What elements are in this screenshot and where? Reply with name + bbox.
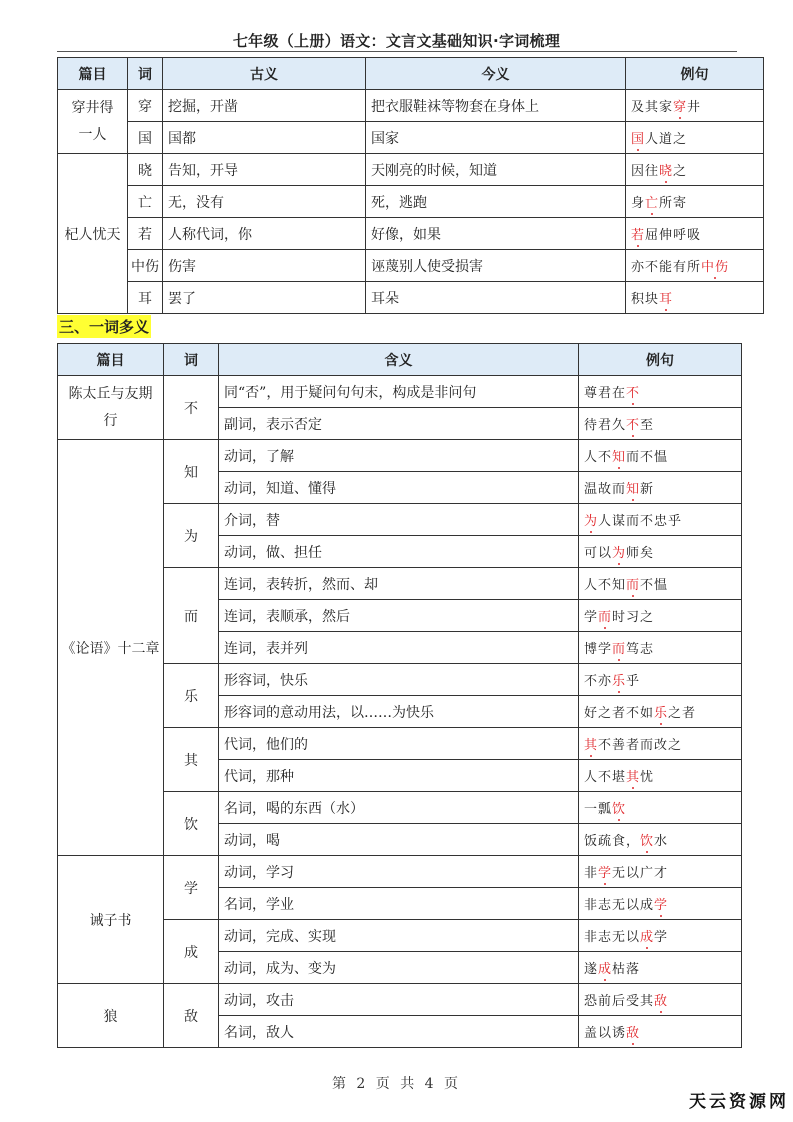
example-highlight: 知 xyxy=(612,450,626,465)
text-title-cell: 穿井得 一人 xyxy=(58,90,128,154)
header-word: 词 xyxy=(128,58,163,90)
meaning-cell: 连词，表转折，然而、却 xyxy=(219,568,579,600)
example-highlight: 亡 xyxy=(645,196,659,211)
ancient-meaning-cell: 人称代词，你 xyxy=(163,218,366,250)
example-highlight: 乐 xyxy=(612,674,626,689)
example-cell: 待君久不至 xyxy=(579,408,742,440)
example-highlight: 不 xyxy=(626,386,640,401)
example-highlight: 晓 xyxy=(659,164,673,179)
example-cell: 人不知而不愠 xyxy=(579,568,742,600)
example-text: 遂 xyxy=(584,962,598,977)
example-text: 笃志 xyxy=(626,642,654,657)
example-highlight: 其 xyxy=(626,770,640,785)
example-cell: 温故而知新 xyxy=(579,472,742,504)
example-text: 学 xyxy=(584,610,598,625)
example-text: 可以 xyxy=(584,546,612,561)
example-highlight: 学 xyxy=(654,898,668,913)
example-cell: 尊君在不 xyxy=(579,376,742,408)
example-text: 忧 xyxy=(640,770,654,785)
meaning-cell: 动词，完成、实现 xyxy=(219,920,579,952)
example-text: 温故而 xyxy=(584,482,626,497)
example-highlight: 为 xyxy=(612,546,626,561)
example-text: 非志无以成 xyxy=(584,898,654,913)
meaning-cell: 名词，学业 xyxy=(219,888,579,920)
word-cell: 其 xyxy=(164,728,219,792)
page-title: 七年级（上册）语文：文言文基础知识·字词梳理 xyxy=(0,30,793,51)
text-title-cell: 诫子书 xyxy=(58,856,164,984)
example-text: 好之者不如 xyxy=(584,706,654,721)
text-title-line: 穿井得 xyxy=(63,95,122,122)
word-cell: 饮 xyxy=(164,792,219,856)
example-cell: 饭疏食，饮水 xyxy=(579,824,742,856)
example-cell: 不亦乐乎 xyxy=(579,664,742,696)
example-highlight: 成 xyxy=(640,930,654,945)
example-cell: 人不堪其忧 xyxy=(579,760,742,792)
meaning-cell: 形容词的意动用法，以……为快乐 xyxy=(219,696,579,728)
word-cell: 若 xyxy=(128,218,163,250)
example-text: 非 xyxy=(584,866,598,881)
meaning-cell: 连词，表并列 xyxy=(219,632,579,664)
example-highlight: 穿 xyxy=(673,100,687,115)
example-highlight: 若 xyxy=(631,228,645,243)
example-cell: 盖以诱敌 xyxy=(579,1016,742,1048)
header-example: 例句 xyxy=(579,344,742,376)
example-cell: 一瓢饮 xyxy=(579,792,742,824)
meaning-cell: 名词，敌人 xyxy=(219,1016,579,1048)
table-row: 耳 罢了 耳朵 积块耳 xyxy=(58,282,764,314)
text-title-cell: 杞人忧天 xyxy=(58,154,128,314)
example-text: 博学 xyxy=(584,642,612,657)
table-row: 《论语》十二章 知 动词，了解 人不知而不愠 xyxy=(58,440,742,472)
table-row: 中伤 伤害 诬蔑别人使受损害 亦不能有所中伤 xyxy=(58,250,764,282)
table-row: 狼 敌 动词，攻击 恐前后受其敌 xyxy=(58,984,742,1016)
example-text: 乎 xyxy=(626,674,640,689)
example-text: 井 xyxy=(687,100,701,115)
example-cell: 人不知而不愠 xyxy=(579,440,742,472)
word-cell: 晓 xyxy=(128,154,163,186)
example-highlight: 知 xyxy=(626,482,640,497)
example-highlight: 不 xyxy=(626,418,640,433)
example-highlight: 饮 xyxy=(612,802,626,817)
word-cell: 亡 xyxy=(128,186,163,218)
example-highlight: 敌 xyxy=(626,1026,640,1041)
meaning-cell: 动词，喝 xyxy=(219,824,579,856)
example-text: 之者 xyxy=(668,706,696,721)
word-cell: 乐 xyxy=(164,664,219,728)
example-text: 恐前后受其 xyxy=(584,994,654,1009)
ancient-meaning-cell: 告知，开导 xyxy=(163,154,366,186)
table-row: 陈太丘与友期 行 不 同“否”，用于疑问句句末，构成是非问句 尊君在不 xyxy=(58,376,742,408)
example-cell: 为人谋而不忠乎 xyxy=(579,504,742,536)
meaning-cell: 连词，表顺承，然后 xyxy=(219,600,579,632)
watermark-logo: 天云资源网 xyxy=(689,1087,789,1112)
table-row: 亡 无，没有 死，逃跑 身亡所寄 xyxy=(58,186,764,218)
example-text: 学 xyxy=(654,930,668,945)
example-text: 及其家 xyxy=(631,100,673,115)
word-cell: 为 xyxy=(164,504,219,568)
example-text: 至 xyxy=(640,418,654,433)
example-text: 不愠 xyxy=(640,578,668,593)
meaning-cell: 动词，了解 xyxy=(219,440,579,472)
modern-meaning-cell: 诬蔑别人使受损害 xyxy=(366,250,626,282)
text-title-cell: 《论语》十二章 xyxy=(58,440,164,856)
example-text: 枯落 xyxy=(612,962,640,977)
header-ancient: 古义 xyxy=(163,58,366,90)
meaning-cell: 动词，成为、变为 xyxy=(219,952,579,984)
example-highlight: 乐 xyxy=(654,706,668,721)
example-text: 时习之 xyxy=(612,610,654,625)
example-cell: 若屈伸呼吸 xyxy=(626,218,764,250)
meaning-cell: 形容词，快乐 xyxy=(219,664,579,696)
modern-meaning-cell: 国家 xyxy=(366,122,626,154)
example-highlight: 成 xyxy=(598,962,612,977)
ancient-meaning-cell: 伤害 xyxy=(163,250,366,282)
example-cell: 积块耳 xyxy=(626,282,764,314)
example-text: 之 xyxy=(673,164,687,179)
example-text: 人不堪 xyxy=(584,770,626,785)
example-text: 不善者而改之 xyxy=(598,738,682,753)
meaning-cell: 动词，攻击 xyxy=(219,984,579,1016)
example-text: 身 xyxy=(631,196,645,211)
example-highlight: 而 xyxy=(598,610,612,625)
example-cell: 可以为师矣 xyxy=(579,536,742,568)
example-cell: 非志无以成学 xyxy=(579,888,742,920)
example-text: 积块 xyxy=(631,292,659,307)
example-text: 水 xyxy=(654,834,668,849)
example-text: 盖以诱 xyxy=(584,1026,626,1041)
example-text: 因往 xyxy=(631,164,659,179)
word-cell: 学 xyxy=(164,856,219,920)
text-title-line: 一人 xyxy=(63,122,122,149)
example-highlight: 耳 xyxy=(659,292,673,307)
example-text: 人道之 xyxy=(645,132,687,147)
example-cell: 及其家穿井 xyxy=(626,90,764,122)
example-text: 一瓢 xyxy=(584,802,612,817)
word-cell: 穿 xyxy=(128,90,163,122)
table-row: 若 人称代词，你 好像，如果 若屈伸呼吸 xyxy=(58,218,764,250)
example-text: 新 xyxy=(640,482,654,497)
table-header-row: 篇目 词 含义 例句 xyxy=(58,344,742,376)
example-cell: 身亡所寄 xyxy=(626,186,764,218)
title-divider xyxy=(57,51,737,52)
example-text: 无以广才 xyxy=(612,866,668,881)
text-title-cell: 狼 xyxy=(58,984,164,1048)
table-row: 穿井得 一人 穿 挖掘，开凿 把衣服鞋袜等物套在身体上 及其家穿井 xyxy=(58,90,764,122)
example-highlight: 国 xyxy=(631,132,645,147)
text-title-line: 行 xyxy=(63,408,158,435)
example-cell: 国人道之 xyxy=(626,122,764,154)
example-cell: 亦不能有所中伤 xyxy=(626,250,764,282)
word-cell: 敌 xyxy=(164,984,219,1048)
modern-meaning-cell: 天刚亮的时候，知道 xyxy=(366,154,626,186)
example-text: 非志无以 xyxy=(584,930,640,945)
example-text: 人不 xyxy=(584,450,612,465)
meaning-cell: 介词，替 xyxy=(219,504,579,536)
example-text: 师矣 xyxy=(626,546,654,561)
word-cell: 而 xyxy=(164,568,219,664)
ancient-meaning-cell: 挖掘，开凿 xyxy=(163,90,366,122)
example-cell: 非志无以成学 xyxy=(579,920,742,952)
table-row: 诫子书 学 动词，学习 非学无以广才 xyxy=(58,856,742,888)
word-cell: 不 xyxy=(164,376,219,440)
example-cell: 遂成枯落 xyxy=(579,952,742,984)
example-text: 人不知 xyxy=(584,578,626,593)
example-cell: 学而时习之 xyxy=(579,600,742,632)
header-meaning: 含义 xyxy=(219,344,579,376)
example-highlight: 学 xyxy=(598,866,612,881)
text-title-cell: 陈太丘与友期 行 xyxy=(58,376,164,440)
word-cell: 知 xyxy=(164,440,219,504)
example-cell: 恐前后受其敌 xyxy=(579,984,742,1016)
example-text: 不亦 xyxy=(584,674,612,689)
modern-meaning-cell: 耳朵 xyxy=(366,282,626,314)
example-cell: 因往晓之 xyxy=(626,154,764,186)
modern-meaning-cell: 好像，如果 xyxy=(366,218,626,250)
word-cell: 成 xyxy=(164,920,219,984)
example-highlight: 中伤 xyxy=(701,260,729,275)
word-cell: 中伤 xyxy=(128,250,163,282)
example-text: 而不愠 xyxy=(626,450,668,465)
page-number: 第 2 页 共 4 页 xyxy=(0,1073,793,1093)
meaning-cell: 动词，学习 xyxy=(219,856,579,888)
meaning-cell: 代词，他们的 xyxy=(219,728,579,760)
example-text: 人谋而不忠乎 xyxy=(598,514,682,529)
meaning-cell: 代词，那种 xyxy=(219,760,579,792)
header-title: 篇目 xyxy=(58,344,164,376)
word-cell: 耳 xyxy=(128,282,163,314)
header-modern: 今义 xyxy=(366,58,626,90)
section-heading: 三、一词多义 xyxy=(57,315,151,338)
meaning-cell: 同“否”，用于疑问句句末，构成是非问句 xyxy=(219,376,579,408)
example-cell: 好之者不如乐之者 xyxy=(579,696,742,728)
modern-meaning-cell: 死，逃跑 xyxy=(366,186,626,218)
ancient-meaning-cell: 无，没有 xyxy=(163,186,366,218)
header-example: 例句 xyxy=(626,58,764,90)
example-cell: 非学无以广才 xyxy=(579,856,742,888)
example-cell: 其不善者而改之 xyxy=(579,728,742,760)
example-text: 所寄 xyxy=(659,196,687,211)
example-highlight: 而 xyxy=(626,578,640,593)
table-header-row: 篇目 词 古义 今义 例句 xyxy=(58,58,764,90)
example-highlight: 为 xyxy=(584,514,598,529)
example-highlight: 其 xyxy=(584,738,598,753)
meaning-cell: 动词，知道、懂得 xyxy=(219,472,579,504)
modern-meaning-cell: 把衣服鞋袜等物套在身体上 xyxy=(366,90,626,122)
meaning-cell: 动词，做、担任 xyxy=(219,536,579,568)
text-title-line: 陈太丘与友期 xyxy=(63,381,158,408)
example-text: 饭疏食， xyxy=(584,834,640,849)
header-word: 词 xyxy=(164,344,219,376)
ancient-meaning-cell: 国都 xyxy=(163,122,366,154)
gujin-table: 篇目 词 古义 今义 例句 穿井得 一人 穿 挖掘，开凿 把衣服鞋袜等物套在身体… xyxy=(57,57,764,314)
example-text: 待君久 xyxy=(584,418,626,433)
example-text: 尊君在 xyxy=(584,386,626,401)
example-highlight: 饮 xyxy=(640,834,654,849)
example-highlight: 而 xyxy=(612,642,626,657)
meaning-cell: 副词，表示否定 xyxy=(219,408,579,440)
table-row: 杞人忧天 晓 告知，开导 天刚亮的时候，知道 因往晓之 xyxy=(58,154,764,186)
duoyi-table: 篇目 词 含义 例句 陈太丘与友期 行 不 同“否”，用于疑问句句末，构成是非问… xyxy=(57,343,742,1048)
example-text: 屈伸呼吸 xyxy=(645,228,701,243)
word-cell: 国 xyxy=(128,122,163,154)
example-highlight: 敌 xyxy=(654,994,668,1009)
example-cell: 博学而笃志 xyxy=(579,632,742,664)
meaning-cell: 名词，喝的东西（水） xyxy=(219,792,579,824)
example-text: 亦不能有所 xyxy=(631,260,701,275)
table-row: 国 国都 国家 国人道之 xyxy=(58,122,764,154)
header-title: 篇目 xyxy=(58,58,128,90)
ancient-meaning-cell: 罢了 xyxy=(163,282,366,314)
